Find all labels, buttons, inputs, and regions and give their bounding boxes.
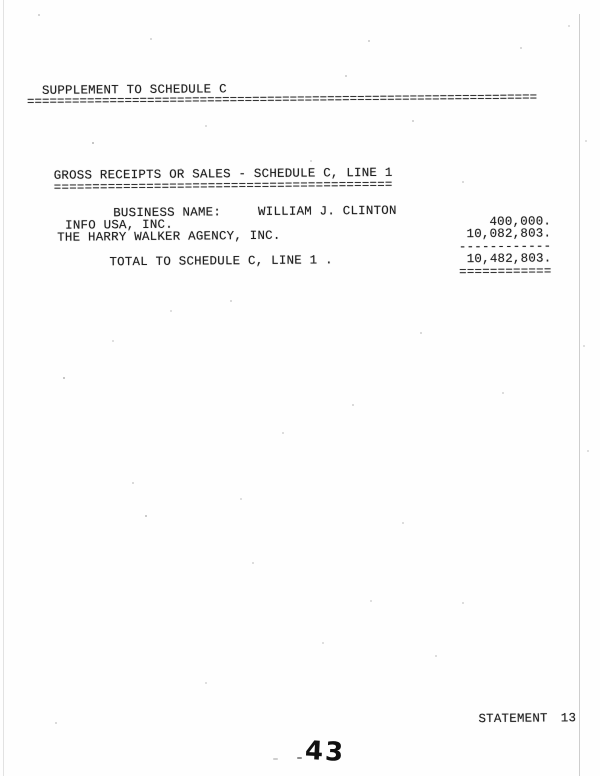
line-item-label: THE HARRY WALKER AGENCY, INC.: [57, 230, 280, 244]
statement-label: STATEMENT: [478, 711, 547, 726]
receipts-table: INFO USA, INC. 400,000. THE HARRY WALKER…: [57, 215, 552, 281]
typewriter-content: SUPPLEMENT TO SCHEDULE C ===============…: [0, 0, 600, 776]
statement-footer: STATEMENT 13: [478, 711, 576, 726]
statement-number: 13: [561, 711, 577, 725]
section-heading-underline: ========================================…: [54, 179, 393, 194]
scanned-tax-document-page: SUPPLEMENT TO SCHEDULE C ===============…: [0, 0, 600, 776]
title-divider-rule: ========================================…: [27, 92, 537, 108]
total-double-rule: ============: [459, 265, 552, 278]
total-label: TOTAL TO SCHEDULE C, LINE 1 .: [57, 255, 332, 270]
pencil-mark: [297, 757, 302, 759]
handwritten-page-number: 43: [304, 736, 346, 768]
